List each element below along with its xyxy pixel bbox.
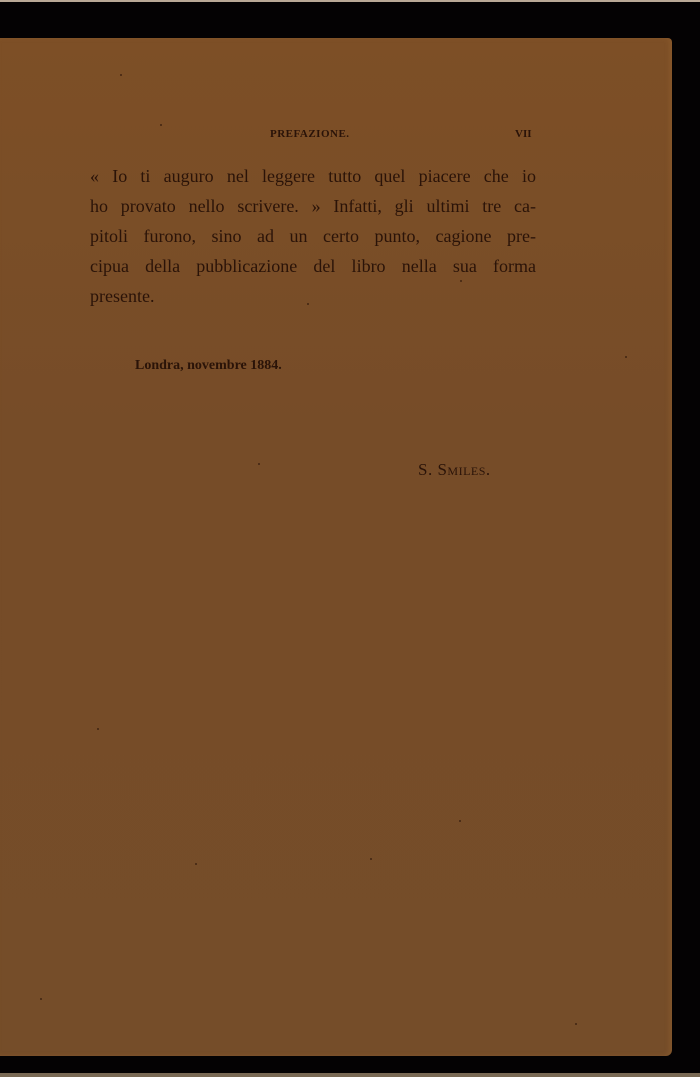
paper-speck (97, 728, 99, 730)
book-page: PREFAZIONE. VII « Io ti auguro nel legge… (0, 38, 672, 1056)
paper-speck (625, 356, 627, 358)
paper-speck (370, 858, 372, 860)
running-head-title: PREFAZIONE. (270, 128, 350, 140)
paper-speck (575, 1023, 577, 1025)
text-line: ho provato nello scrivere. » Infatti, gl… (90, 191, 536, 221)
running-head: PREFAZIONE. VII (0, 128, 672, 148)
page-number: VII (515, 128, 532, 140)
signature-initial: S. (418, 460, 433, 479)
paper-speck (195, 863, 197, 865)
scan-bottom-edge (0, 1073, 700, 1077)
place-date: Londra, novembre 1884. (135, 358, 282, 374)
text-line: pitoli furono, sino ad un certo punto, c… (90, 221, 536, 251)
body-paragraph: « Io ti auguro nel leggere tutto quel pi… (90, 161, 536, 311)
signature-surname: Smiles. (437, 460, 490, 479)
paper-speck (40, 998, 42, 1000)
paper-speck (307, 303, 309, 305)
scan-top-edge (0, 0, 700, 2)
text-line: « Io ti auguro nel leggere tutto quel pi… (90, 161, 536, 191)
signature: S. Smiles. (418, 460, 491, 480)
paper-speck (258, 463, 260, 465)
paper-speck (120, 74, 122, 76)
paper-speck (459, 820, 461, 822)
paper-speck (160, 124, 162, 126)
text-line: presente. (90, 281, 536, 311)
paper-speck (460, 280, 462, 282)
text-line: cipua della pubblicazione del libro nell… (90, 251, 536, 281)
